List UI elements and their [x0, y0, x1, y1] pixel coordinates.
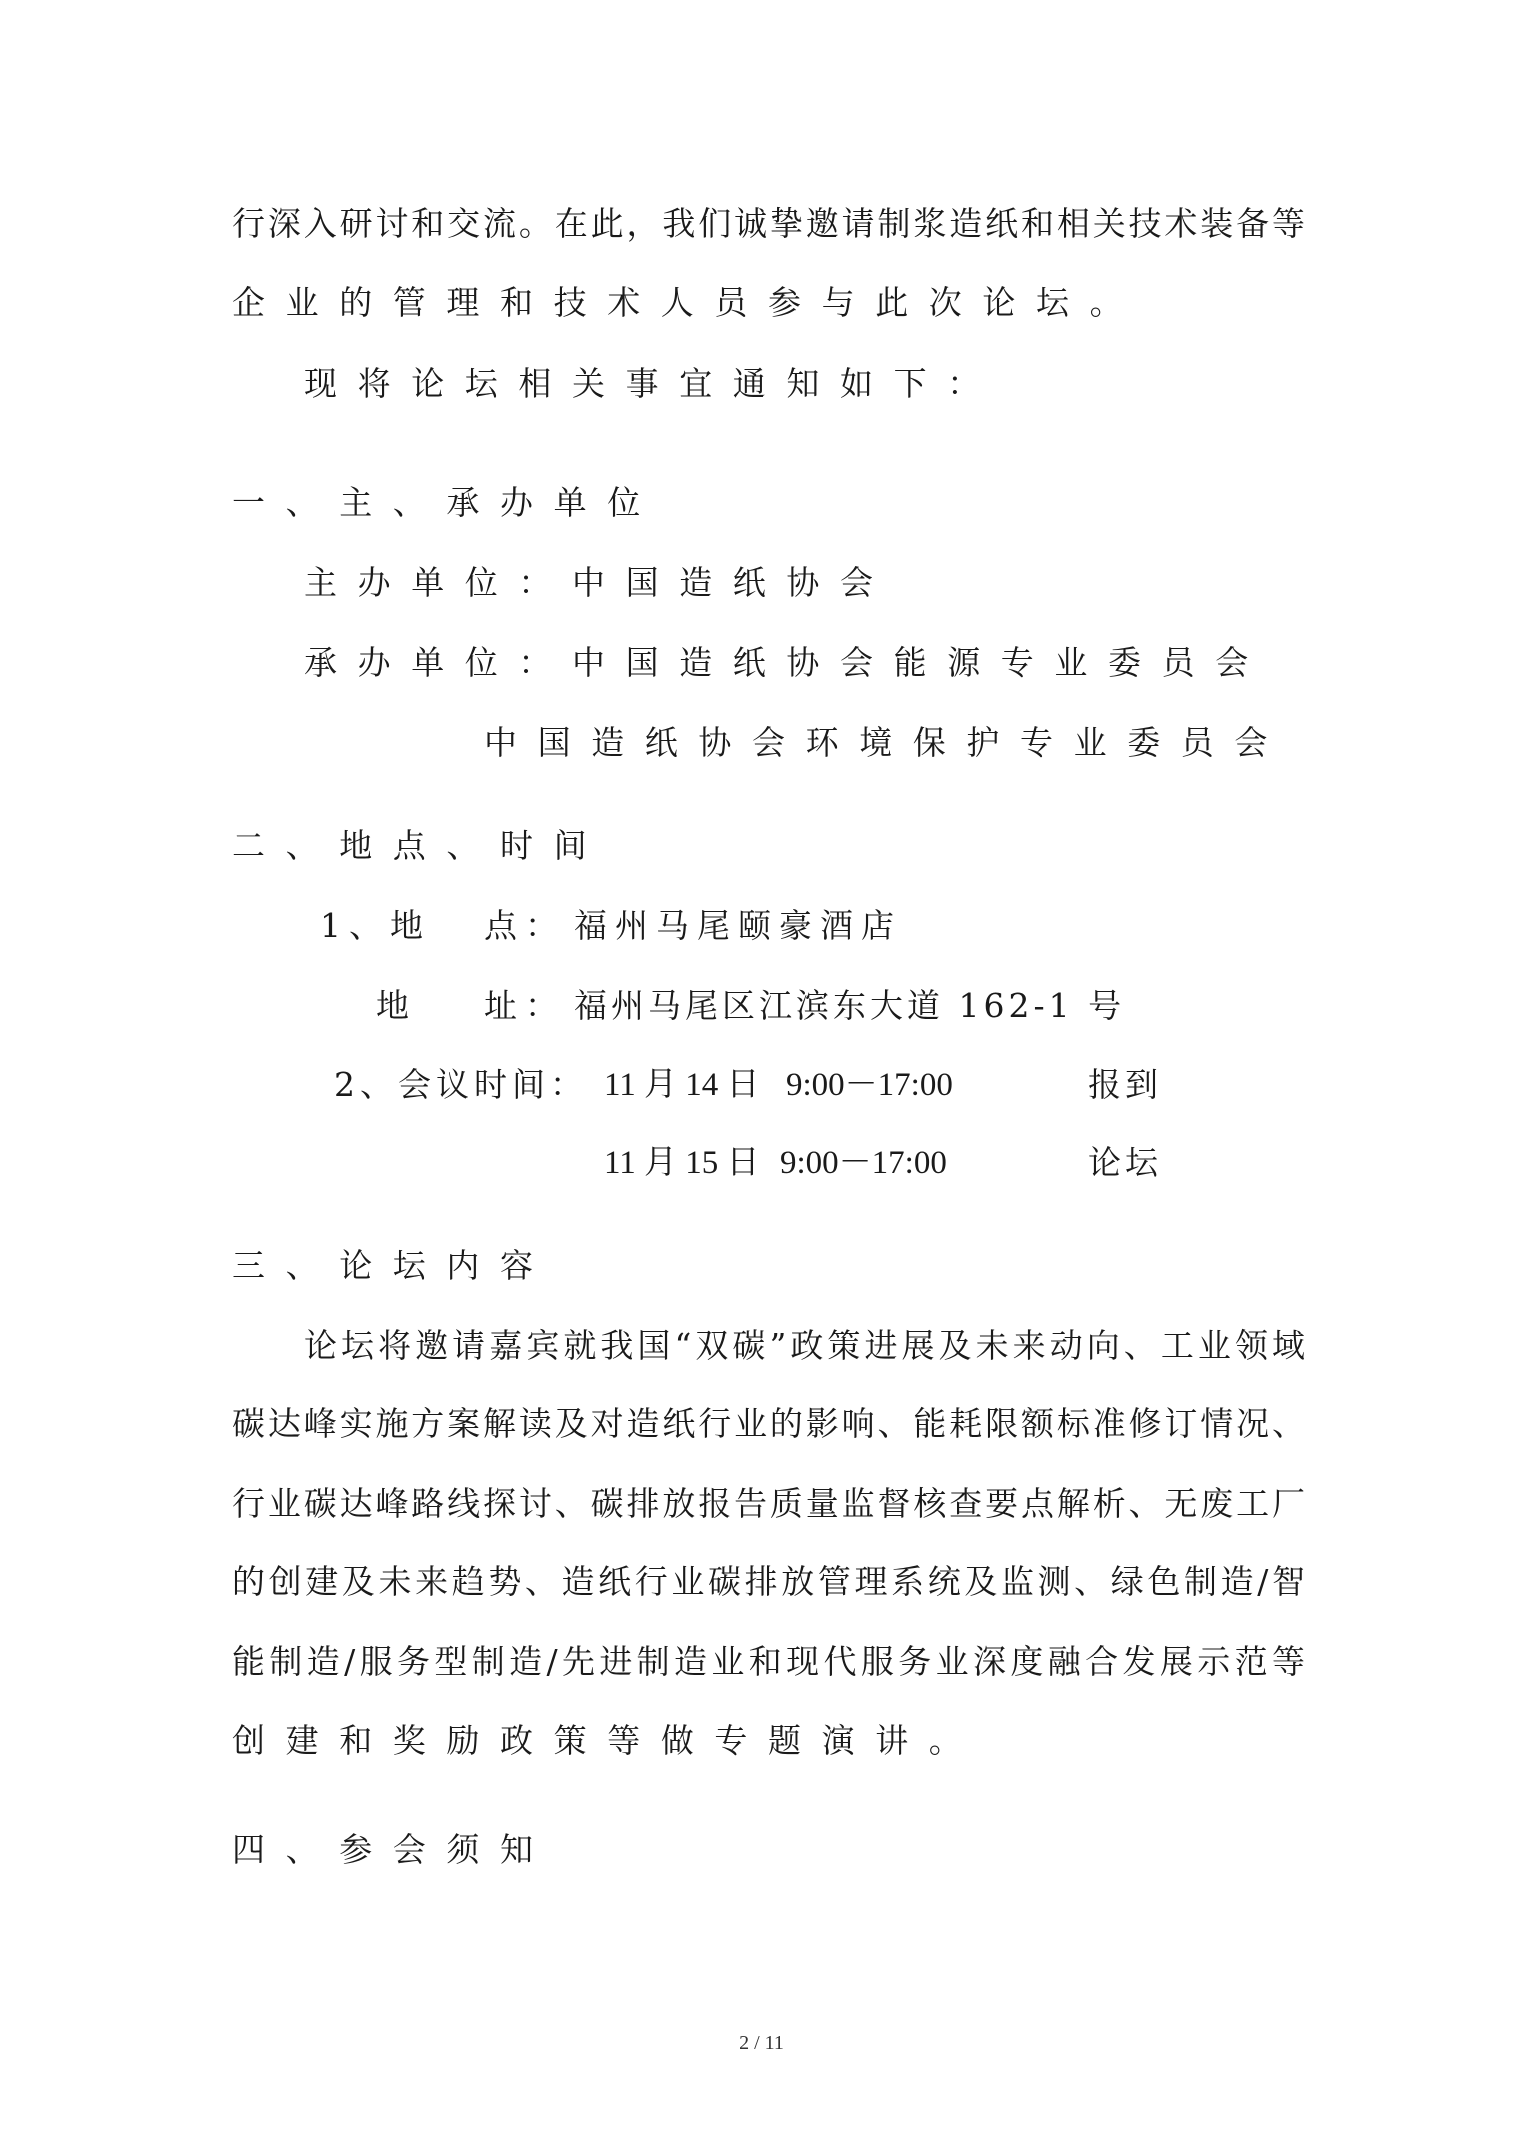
section-2-heading: 二、地点、时间: [232, 826, 607, 866]
schedule-time-2: 9:00－17:00: [780, 1143, 947, 1183]
address-value: 福州马尾区江滨东大道 162-1 号: [574, 986, 1125, 1026]
section-3-heading: 三、论坛内容: [232, 1246, 554, 1286]
content-line-2: 碳达峰实施方案解读及对造纸行业的影响、能耗限额标准修订情况、: [232, 1404, 1305, 1444]
document-page: 行深入研讨和交流。在此，我们诚挚邀请制浆造纸和相关技术装备等 企业的管理和技术人…: [0, 0, 1523, 2155]
schedule-date-2: 11 月 15 日: [604, 1143, 760, 1183]
schedule-event-1: 报到: [1088, 1065, 1162, 1105]
venue-label-b: 点：: [484, 906, 566, 946]
content-line-3: 行业碳达峰路线探讨、碳排放报告质量监督核查要点解析、无废工厂: [232, 1484, 1305, 1524]
address-label-a: 地: [376, 986, 409, 1026]
intro-line-2: 企业的管理和技术人员参与此次论坛。: [232, 283, 1143, 323]
venue-value: 福州马尾颐豪酒店: [574, 906, 902, 946]
content-line-1: 论坛将邀请嘉宾就我国“双碳”政策进展及未来动向、工业领域: [304, 1326, 1305, 1366]
address-label-b: 址：: [484, 986, 566, 1026]
organizer-label: 承办单位：: [304, 643, 572, 682]
host-label: 主办单位：: [304, 563, 572, 602]
content-line-6: 创建和奖励政策等做专题演讲。: [232, 1721, 982, 1761]
section-4-heading: 四、参会须知: [232, 1830, 554, 1870]
page-number: 2 / 11: [0, 2032, 1523, 2055]
organizer-value-1: 中国造纸协会能源专业委员会: [572, 643, 1269, 682]
host-row: 主办单位：中国造纸协会: [304, 563, 894, 603]
host-value: 中国造纸协会: [572, 563, 894, 602]
section-1-heading: 一、主、承办单位: [232, 483, 661, 523]
schedule-time-1: 9:00－17:00: [786, 1065, 953, 1105]
meeting-time-label: 2、会议时间：: [334, 1065, 588, 1105]
schedule-date-1: 11 月 14 日: [604, 1065, 760, 1105]
notice-line: 现将论坛相关事宜通知如下：: [304, 364, 1001, 404]
venue-label-a: 1、地: [320, 906, 431, 946]
organizer-row: 承办单位：中国造纸协会能源专业委员会: [304, 643, 1269, 683]
content-line-4: 的创建及未来趋势、造纸行业碳排放管理系统及监测、绿色制造/智: [232, 1562, 1305, 1602]
content-line-5: 能制造/服务型制造/先进制造业和现代服务业深度融合发展示范等: [232, 1642, 1305, 1682]
intro-line-1: 行深入研讨和交流。在此，我们诚挚邀请制浆造纸和相关技术装备等: [232, 204, 1305, 244]
organizer-value-2: 中国造纸协会环境保护专业委员会: [484, 723, 1288, 763]
schedule-event-2: 论坛: [1088, 1143, 1162, 1183]
